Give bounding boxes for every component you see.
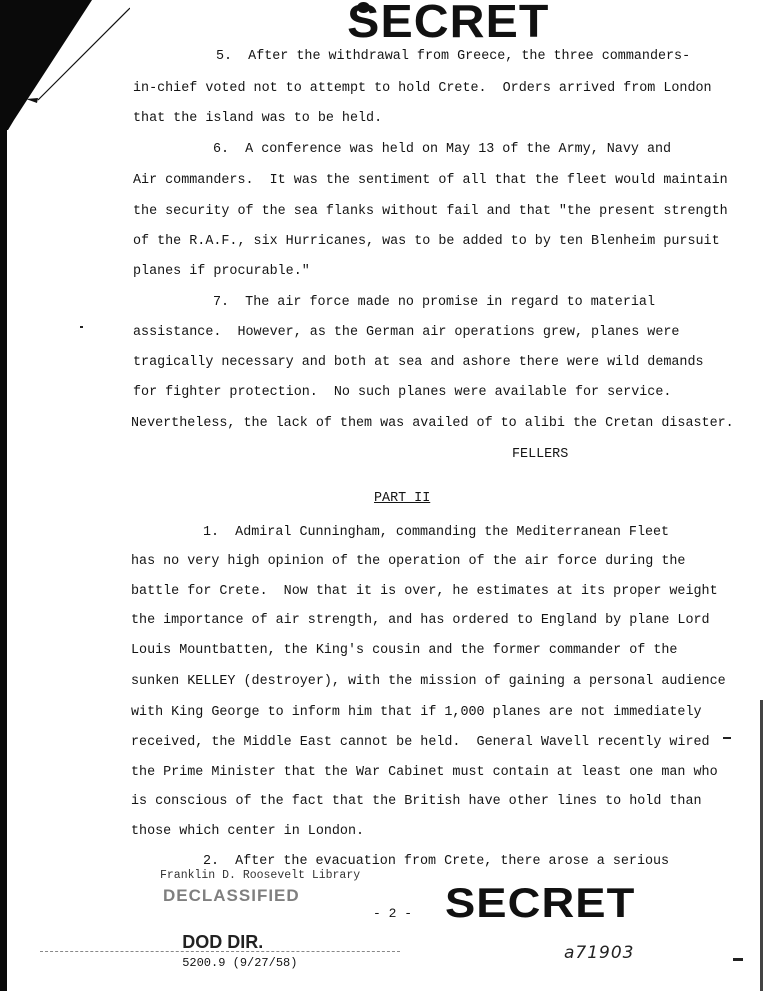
- part2-paragraph-2-line-1: 2. After the evacuation from Crete, ther…: [203, 855, 669, 868]
- part-heading: PART II: [374, 492, 430, 505]
- speck: [733, 958, 743, 961]
- handwritten-id: a71903: [564, 943, 635, 963]
- paragraph-6-line-5: planes if procurable.": [133, 265, 310, 278]
- paragraph-7-line-2: assistance. However, as the German air o…: [133, 326, 679, 339]
- part2-paragraph-1-line-3: battle for Crete. Now that it is over, h…: [131, 585, 718, 598]
- paragraph-7-line-1: 7. The air force made no promise in rega…: [213, 296, 655, 309]
- declassification-status: DECLASSIFIED: [163, 886, 300, 906]
- paragraph-5-line-2: in-chief voted not to attempt to hold Cr…: [133, 82, 712, 95]
- classification-stamp-bottom: SECRET: [445, 879, 635, 927]
- paragraph-6-line-1: 6. A conference was held on May 13 of th…: [213, 143, 671, 156]
- declassification-library: Franklin D. Roosevelt Library: [160, 869, 360, 882]
- paragraph-6-line-3: the security of the sea flanks without f…: [133, 205, 728, 218]
- part2-paragraph-1-line-8: received, the Middle East cannot be held…: [131, 736, 710, 749]
- signature: FELLERS: [512, 448, 568, 461]
- scan-corner-fold: [0, 0, 130, 130]
- part2-paragraph-1-line-6: sunken KELLEY (destroyer), with the miss…: [131, 675, 726, 688]
- dashed-rule: [40, 951, 400, 952]
- scan-edge-left: [0, 0, 7, 991]
- paragraph-5-line-3: that the island was to be held.: [133, 112, 382, 125]
- part2-paragraph-1-line-5: Louis Mountbatten, the King's cousin and…: [131, 644, 677, 657]
- paragraph-6-line-2: Air commanders. It was the sentiment of …: [133, 174, 728, 187]
- part2-paragraph-1-line-4: the importance of air strength, and has …: [131, 614, 710, 627]
- declassification-authority-prefix: DOD DIR.: [182, 932, 263, 952]
- page-number: - 2 -: [373, 906, 412, 921]
- part2-paragraph-1-line-11: those which center in London.: [131, 825, 364, 838]
- scan-edge-right: [760, 700, 763, 991]
- classification-stamp-top: SECRET: [347, 0, 549, 48]
- part2-paragraph-1-line-10: is conscious of the fact that the Britis…: [131, 795, 702, 808]
- paragraph-6-line-4: of the R.A.F., six Hurricanes, was to be…: [133, 235, 720, 248]
- part2-paragraph-1-line-9: the Prime Minister that the War Cabinet …: [131, 766, 718, 779]
- declassification-authority: DOD DIR. 5200.9 (9/27/58): [163, 914, 297, 971]
- paragraph-5-line-1: 5. After the withdrawal from Greece, the…: [216, 50, 690, 63]
- speck: [80, 326, 83, 328]
- part2-paragraph-1-line-1: 1. Admiral Cunningham, commanding the Me…: [203, 526, 669, 539]
- paragraph-7-line-5: Nevertheless, the lack of them was avail…: [131, 417, 734, 430]
- declassification-authority-ref: 5200.9 (9/27/58): [182, 956, 297, 970]
- paragraph-7-line-4: for fighter protection. No such planes w…: [133, 386, 671, 399]
- part2-paragraph-1-line-7: with King George to inform him that if 1…: [131, 706, 702, 719]
- paragraph-7-line-3: tragically necessary and both at sea and…: [133, 356, 704, 369]
- speck: [723, 737, 731, 739]
- part2-paragraph-1-line-2: has no very high opinion of the operatio…: [131, 555, 685, 568]
